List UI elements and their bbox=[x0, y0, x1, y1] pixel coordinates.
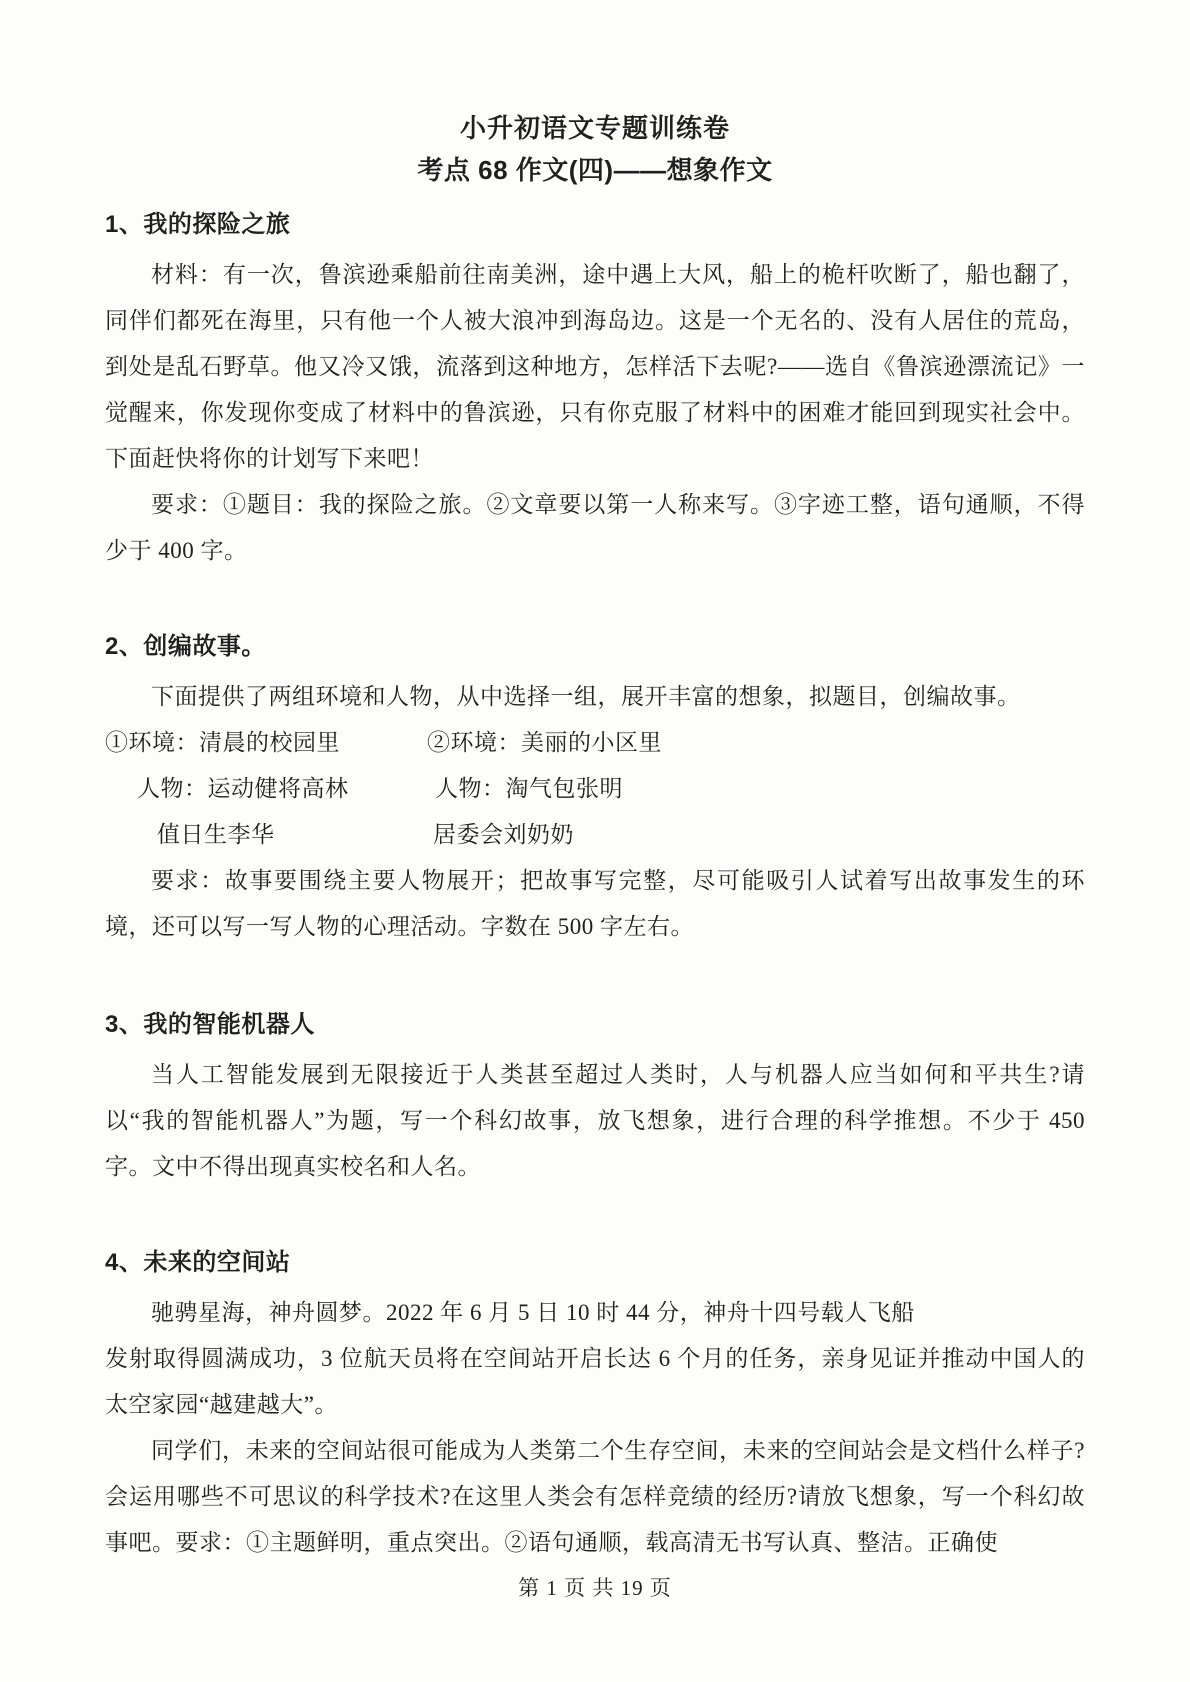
document-page: 小升初语文专题训练卷 考点 68 作文(四)——想象作文 1、我的探险之旅 材料… bbox=[0, 0, 1190, 1682]
option-2-character: 人物：淘气包张明 bbox=[435, 766, 623, 812]
doc-subtitle: 考点 68 作文(四)——想象作文 bbox=[105, 152, 1085, 188]
section-4-line-1: 驰骋星海，神舟圆梦。2022 年 6 月 5 日 10 时 44 分，神舟十四号… bbox=[105, 1290, 1085, 1336]
section-1: 1、我的探险之旅 材料：有一次，鲁滨逊乘船前往南美洲，途中遇上大风，船上的桅杆吹… bbox=[105, 206, 1085, 574]
section-2-requirement-paragraph: 要求：故事要围绕主要人物展开；把故事写完整，尽可能吸引人试着写出故事发生的环境，… bbox=[105, 858, 1085, 950]
page-footer: 第 1 页 共 19 页 bbox=[105, 1572, 1085, 1602]
section-4-heading: 4、未来的空间站 bbox=[105, 1244, 1085, 1282]
option-1-character: 人物：运动健将高林 bbox=[105, 766, 349, 812]
option-1-character-2: 值日生李华 bbox=[105, 812, 275, 858]
section-2-heading: 2、创编故事。 bbox=[105, 628, 1085, 666]
option-2-character-2: 居委会刘奶奶 bbox=[433, 812, 574, 858]
section-3: 3、我的智能机器人 当人工智能发展到无限接近于人类甚至超过人类时，人与机器人应当… bbox=[105, 1006, 1085, 1190]
option-row-characters-2: 值日生李华 居委会刘奶奶 bbox=[105, 812, 1085, 858]
section-4: 4、未来的空间站 驰骋星海，神舟圆梦。2022 年 6 月 5 日 10 时 4… bbox=[105, 1244, 1085, 1566]
option-2-environment: ②环境：美丽的小区里 bbox=[427, 720, 662, 766]
section-1-requirement-paragraph: 要求：①题目：我的探险之旅。②文章要以第一人称来写。③字迹工整，语句通顺，不得少… bbox=[105, 482, 1085, 574]
option-1-environment: ①环境：清晨的校园里 bbox=[105, 720, 340, 766]
doc-title: 小升初语文专题训练卷 bbox=[105, 110, 1085, 146]
section-4-line-2: 发射取得圆满成功，3 位航天员将在空间站开启长达 6 个月的任务，亲身见证并推动… bbox=[105, 1336, 1085, 1428]
document-content: 小升初语文专题训练卷 考点 68 作文(四)——想象作文 1、我的探险之旅 材料… bbox=[105, 0, 1085, 1566]
section-3-heading: 3、我的智能机器人 bbox=[105, 1006, 1085, 1044]
section-3-body-paragraph: 当人工智能发展到无限接近于人类甚至超过人类时，人与机器人应当如何和平共生?请以“… bbox=[105, 1052, 1085, 1190]
section-2: 2、创编故事。 下面提供了两组环境和人物，从中选择一组，展开丰富的想象，拟题目，… bbox=[105, 628, 1085, 950]
option-row-environment: ①环境：清晨的校园里 ②环境：美丽的小区里 bbox=[105, 720, 1085, 766]
section-4-body-paragraph: 同学们，未来的空间站很可能成为人类第二个生存空间，未来的空间站会是文档什么样子?… bbox=[105, 1428, 1085, 1566]
section-2-intro-paragraph: 下面提供了两组环境和人物，从中选择一组，展开丰富的想象，拟题目，创编故事。 bbox=[105, 674, 1085, 720]
section-1-heading: 1、我的探险之旅 bbox=[105, 206, 1085, 244]
section-1-material-paragraph: 材料：有一次，鲁滨逊乘船前往南美洲，途中遇上大风，船上的桅杆吹断了，船也翻了，同… bbox=[105, 252, 1085, 482]
option-row-characters: 人物：运动健将高林 人物：淘气包张明 bbox=[105, 766, 1085, 812]
